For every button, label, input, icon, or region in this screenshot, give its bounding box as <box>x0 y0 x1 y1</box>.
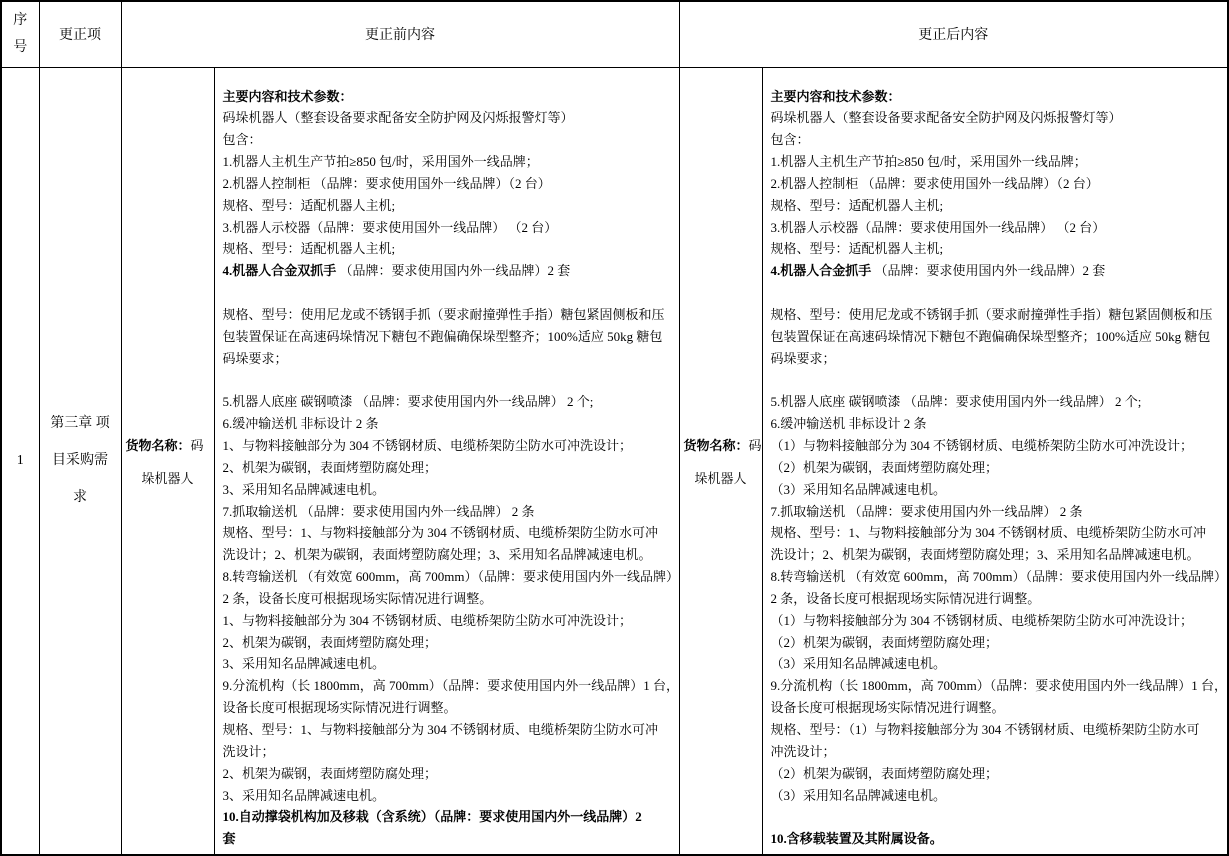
text-line: 5.机器人底座 碳钢喷漆 （品牌：要求使用国内外一线品牌） 2 个; <box>223 391 673 413</box>
text-line: 6.缓冲输送机 非标设计 2 条 <box>223 413 673 435</box>
text-line <box>223 282 673 304</box>
text-line: （1）与物料接触部分为 304 不锈钢材质、电缆桥架防尘防水可冲洗设计； <box>771 435 1222 457</box>
text-line: 套 <box>223 828 673 850</box>
text-line <box>771 282 1222 304</box>
cell-after-content: 主要内容和技术参数：码垛机器人（整套设备要求配备安全防护网及闪烁报警灯等）包含：… <box>762 67 1228 855</box>
cell-goods-name-before: 货物名称：码 垛机器人 <box>121 67 214 855</box>
cell-seq-number: 1 <box>1 67 39 855</box>
text-line: 设备长度可根据现场实际情况进行调整。 <box>223 697 673 719</box>
text-line: 包装置保证在高速码垛情况下糖包不跑偏确保垛型整齐；100%适应 50kg 糖包 <box>771 326 1222 348</box>
text-line: 2 条，设备长度可根据现场实际情况进行调整。 <box>223 588 673 610</box>
after-content-text: 主要内容和技术参数：码垛机器人（整套设备要求配备安全防护网及闪烁报警灯等）包含：… <box>763 68 1228 851</box>
text-line: （2）机架为碳钢，表面烤塑防腐处理； <box>771 763 1222 785</box>
text-line: （2）机架为碳钢，表面烤塑防腐处理； <box>771 632 1222 654</box>
data-row: 1 第三章 项 目采购需 求 货物名称：码 垛机器人 主要内容和技术参数：码垛机… <box>1 67 1228 855</box>
text-line: 1.机器人主机生产节拍≥850 包/时，采用国外一线品牌； <box>771 151 1222 173</box>
text-line: 2、机架为碳钢，表面烤塑防腐处理； <box>223 457 673 479</box>
text-line: 包含： <box>771 129 1222 151</box>
text-line: 3、采用知名品牌减速电机。 <box>223 653 673 675</box>
correction-item-line: 目采购需 <box>40 442 121 479</box>
text-line: 2、机架为碳钢，表面烤塑防腐处理； <box>223 632 673 654</box>
goods-name-label: 货物名称： <box>684 438 749 453</box>
header-after-content: 更正后内容 <box>679 1 1228 67</box>
text-line: 1.机器人主机生产节拍≥850 包/时，采用国外一线品牌； <box>223 151 673 173</box>
text-line: 2、机架为碳钢，表面烤塑防腐处理； <box>223 763 673 785</box>
text-line: 冲洗设计； <box>771 741 1222 763</box>
header-seq-line2: 号 <box>2 34 39 61</box>
goods-name-first-char: 码 <box>749 438 762 453</box>
text-line: 码垛要求； <box>771 348 1222 370</box>
text-line: 7.抓取输送机 （品牌：要求使用国内外一线品牌） 2 条 <box>223 501 673 523</box>
text-line: （3）采用知名品牌减速电机。 <box>771 479 1222 501</box>
text-line: 3.机器人示校器（品牌：要求使用国外一线品牌） （2 台） <box>771 217 1222 239</box>
text-line: 规格、型号：（1）与物料接触部分为 304 不锈钢材质、电缆桥架防尘防水可 <box>771 719 1222 741</box>
text-line: 3、采用知名品牌减速电机。 <box>223 479 673 501</box>
header-before-content: 更正前内容 <box>121 1 679 67</box>
text-line: 规格、型号：适配机器人主机; <box>223 195 673 217</box>
text-line: 10.含移载装置及其附属设备。 <box>771 828 1222 850</box>
header-row: 序 号 更正项 更正前内容 更正后内容 <box>1 1 1228 67</box>
text-line: 10.自动撑袋机构加及移栽（含系统）（品牌：要求使用国内外一线品牌）2 <box>223 806 673 828</box>
correction-item-line: 第三章 项 <box>40 405 121 442</box>
text-line: 2 条，设备长度可根据现场实际情况进行调整。 <box>771 588 1222 610</box>
text-line: 2.机器人控制柜 （品牌：要求使用国外一线品牌）（2 台） <box>771 173 1222 195</box>
text-line: 8.转弯输送机 （有效宽 600mm，高 700mm）（品牌：要求使用国内外一线… <box>223 566 673 588</box>
before-content-text: 主要内容和技术参数：码垛机器人（整套设备要求配备安全防护网及闪烁报警灯等）包含：… <box>215 68 679 851</box>
text-line: （3）采用知名品牌减速电机。 <box>771 785 1222 807</box>
text-line: 规格、型号：使用尼龙或不锈钢手抓（要求耐撞弹性手指）糖包紧固侧板和压 <box>223 304 673 326</box>
text-line: 洗设计；2、机架为碳钢，表面烤塑防腐处理；3、采用知名品牌减速电机。 <box>223 544 673 566</box>
text-line: 9.分流机构（长 1800mm，高 700mm）（品牌：要求使用国内外一线品牌）… <box>771 675 1222 697</box>
text-line: （2）机架为碳钢，表面烤塑防腐处理； <box>771 457 1222 479</box>
text-line: 7.抓取输送机 （品牌：要求使用国内外一线品牌） 2 条 <box>771 501 1222 523</box>
text-line: 包含： <box>223 129 673 151</box>
text-line: 4.机器人合金抓手 （品牌：要求使用国内外一线品牌）2 套 <box>771 260 1222 282</box>
text-line: 设备长度可根据现场实际情况进行调整。 <box>771 697 1222 719</box>
text-line: （1）与物料接触部分为 304 不锈钢材质、电缆桥架防尘防水可冲洗设计； <box>771 610 1222 632</box>
text-line: 3.机器人示校器（品牌：要求使用国外一线品牌） （2 台） <box>223 217 673 239</box>
correction-table: 序 号 更正项 更正前内容 更正后内容 1 第三章 项 目采购需 求 货物名称：… <box>0 0 1229 856</box>
text-line: 洗设计；2、机架为碳钢，表面烤塑防腐处理；3、采用知名品牌减速电机。 <box>771 544 1222 566</box>
text-line <box>771 369 1222 391</box>
goods-name-first-char: 码 <box>191 438 204 453</box>
text-line: 规格、型号：适配机器人主机; <box>223 238 673 260</box>
text-line: 9.分流机构（长 1800mm，高 700mm）（品牌：要求使用国内外一线品牌）… <box>223 675 673 697</box>
text-line: 包装置保证在高速码垛情况下糖包不跑偏确保垛型整齐；100%适应 50kg 糖包 <box>223 326 673 348</box>
text-line: 洗设计； <box>223 741 673 763</box>
cell-before-content: 主要内容和技术参数：码垛机器人（整套设备要求配备安全防护网及闪烁报警灯等）包含：… <box>214 67 679 855</box>
text-line: 4.机器人合金双抓手 （品牌：要求使用国内外一线品牌）2 套 <box>223 260 673 282</box>
goods-name-after-line1: 货物名称：码 <box>680 435 762 454</box>
goods-name-before-line1: 货物名称：码 <box>122 435 214 454</box>
text-line: 3、采用知名品牌减速电机。 <box>223 785 673 807</box>
text-line: 6.缓冲输送机 非标设计 2 条 <box>771 413 1222 435</box>
text-line: 码垛机器人（整套设备要求配备安全防护网及闪烁报警灯等） <box>771 107 1222 129</box>
cell-goods-name-after: 货物名称：码 垛机器人 <box>679 67 762 855</box>
text-line: 8.转弯输送机 （有效宽 600mm，高 700mm）（品牌：要求使用国内外一线… <box>771 566 1222 588</box>
text-line: 码垛机器人（整套设备要求配备安全防护网及闪烁报警灯等） <box>223 107 673 129</box>
header-correction-item: 更正项 <box>39 1 121 67</box>
goods-name-after-line2: 垛机器人 <box>680 468 762 487</box>
text-line: 主要内容和技术参数： <box>223 86 673 108</box>
header-seq-line1: 序 <box>2 7 39 34</box>
text-line: 规格、型号：使用尼龙或不锈钢手抓（要求耐撞弹性手指）糖包紧固侧板和压 <box>771 304 1222 326</box>
header-seq: 序 号 <box>1 1 39 67</box>
text-line: 5.机器人底座 碳钢喷漆 （品牌：要求使用国内外一线品牌） 2 个; <box>771 391 1222 413</box>
cell-correction-item: 第三章 项 目采购需 求 <box>39 67 121 855</box>
text-line <box>223 369 673 391</box>
goods-name-label: 货物名称： <box>126 438 191 453</box>
text-line <box>771 806 1222 828</box>
correction-item-line: 求 <box>40 479 121 516</box>
text-line: 码垛要求； <box>223 348 673 370</box>
text-line: （3）采用知名品牌减速电机。 <box>771 653 1222 675</box>
text-line: 1、与物料接触部分为 304 不锈钢材质、电缆桥架防尘防水可冲洗设计； <box>223 610 673 632</box>
text-line: 主要内容和技术参数： <box>771 86 1222 108</box>
text-line: 2.机器人控制柜 （品牌：要求使用国外一线品牌）（2 台） <box>223 173 673 195</box>
text-line: 1、与物料接触部分为 304 不锈钢材质、电缆桥架防尘防水可冲洗设计； <box>223 435 673 457</box>
text-line: 规格、型号：1、与物料接触部分为 304 不锈钢材质、电缆桥架防尘防水可冲 <box>223 719 673 741</box>
text-line: 规格、型号：适配机器人主机; <box>771 238 1222 260</box>
text-line: 规格、型号：1、与物料接触部分为 304 不锈钢材质、电缆桥架防尘防水可冲 <box>223 522 673 544</box>
text-line: 规格、型号：适配机器人主机; <box>771 195 1222 217</box>
text-line: 规格、型号：1、与物料接触部分为 304 不锈钢材质、电缆桥架防尘防水可冲 <box>771 522 1222 544</box>
goods-name-before-line2: 垛机器人 <box>122 468 214 487</box>
correction-notice-document: 序 号 更正项 更正前内容 更正后内容 1 第三章 项 目采购需 求 货物名称：… <box>0 0 1229 856</box>
